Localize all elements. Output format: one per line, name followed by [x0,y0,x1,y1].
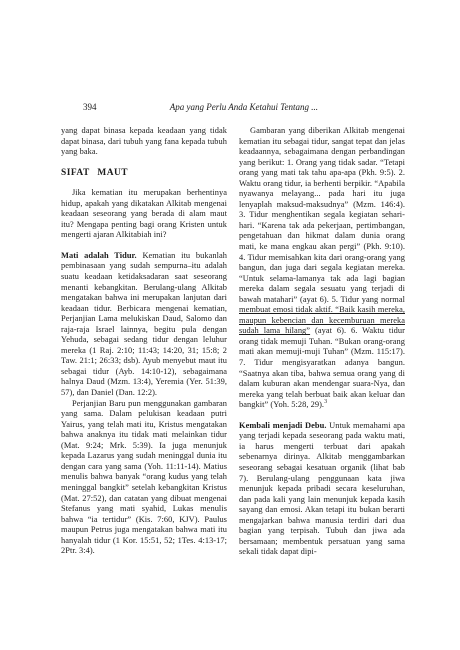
text-block: 394 Apa yang Perlu Anda Ketahui Tentang … [61,102,406,558]
para-death-is-sleep: Mati adalah Tidur. Kematian itu bukanlah… [61,251,227,399]
right-column: Gambaran yang diberikan Alkitab mengenai… [239,126,405,558]
para-body-return-to-dust: Untuk memahami apa yang terjadi kepada s… [239,421,405,557]
para-new-testament: Perjanjian Baru pun menggunakan gambaran… [61,399,227,557]
running-header: 394 Apa yang Perlu Anda Ketahui Tentang … [61,102,406,115]
para-body-death-is-sleep: Kematian itu bukanlah pembinasaan yang s… [61,251,227,397]
book-page-scan: 394 Apa yang Perlu Anda Ketahui Tentang … [0,0,460,650]
running-title: Apa yang Perlu Anda Ketahui Tentang ... [170,102,318,112]
section-heading: SIFAT MAUT [61,168,227,179]
para-lead-return-to-dust: Kembali menjadi Debu. [239,421,326,430]
para-sleep-comparison: Gambaran yang diberikan Alkitab mengenai… [239,126,405,411]
comparison-text-a: Gambaran yang diberikan Alkitab mengenai… [239,126,405,304]
footnote-reference: 3 [324,399,327,405]
page-number: 394 [83,102,97,112]
comparison-text-b: (ayat 6). 6. Waktu tidur orang tidak mem… [239,326,405,409]
two-column-layout: yang dapat binasa kepada keadaan yang ti… [61,126,406,558]
para-return-to-dust: Kembali menjadi Debu. Untuk memahami apa… [239,421,405,558]
para-lead-death-is-sleep: Mati adalah Tidur. [61,251,137,260]
para-intro: Jika kematian itu merupakan berhentinya … [61,188,227,241]
left-column: yang dapat binasa kepada keadaan yang ti… [61,126,227,558]
para-continuation: yang dapat binasa kepada keadaan yang ti… [61,126,227,158]
